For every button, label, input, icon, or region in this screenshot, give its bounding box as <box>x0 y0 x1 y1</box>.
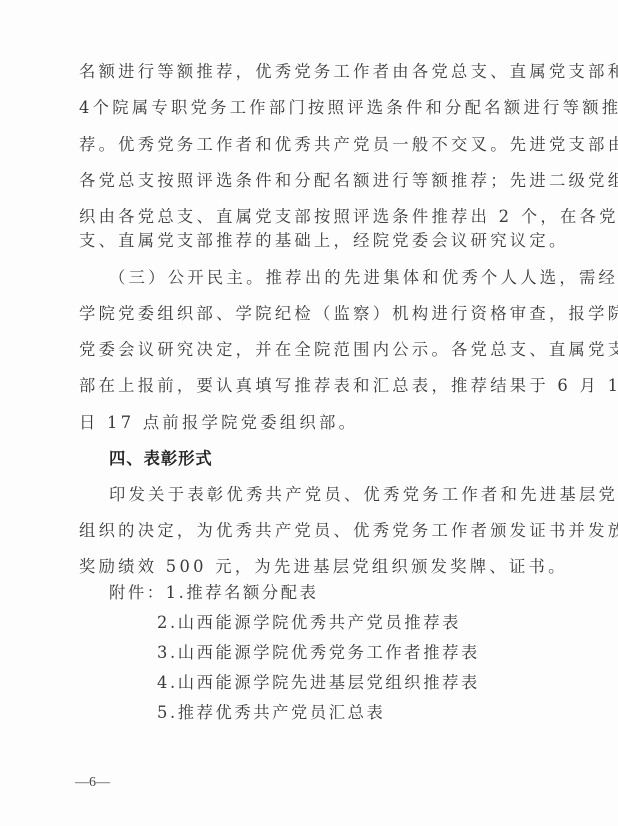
paragraph-line: 学院党委组织部、学院纪检（监察）机构进行资格审查，报学院 <box>79 304 549 324</box>
paragraph-line: 组织的决定，为优秀共产党员、优秀党务工作者颁发证书并发放 <box>79 521 549 541</box>
paragraph-line: 4个院属专职党务工作部门按照评选条件和分配名额进行等额推 <box>79 98 549 118</box>
document-page: 名额进行等额推荐，优秀党务工作者由各党总支、直属党支部和 4个院属专职党务工作部… <box>0 0 618 826</box>
paragraph-line: 部在上报前，要认真填写推荐表和汇总表，推荐结果于 6 月 17 <box>79 376 549 396</box>
paragraph-line: 支、直属党支部推荐的基础上，经院党委会议研究议定。 <box>79 231 549 251</box>
paragraph-line: 日 17 点前报学院党委组织部。 <box>79 413 549 433</box>
paragraph-line: 名额进行等额推荐，优秀党务工作者由各党总支、直属党支部和 <box>79 62 549 82</box>
attachment-item: 5.推荐优秀共产党员汇总表 <box>157 703 618 723</box>
attachment-item: 3.山西能源学院优秀党务工作者推荐表 <box>157 643 618 663</box>
page-number: —6— <box>75 775 110 791</box>
attachment-item: 2.山西能源学院优秀共产党员推荐表 <box>157 613 618 633</box>
paragraph-line: 织由各党总支、直属党支部按照评选条件推荐出 2 个，在各党总 <box>79 207 549 227</box>
paragraph-line: 荐。优秀党务工作者和优秀共产党员一般不交叉。先进党支部由 <box>79 135 549 155</box>
paragraph-line: 党委会议研究决定，并在全院范围内公示。各党总支、直属党支 <box>79 340 549 360</box>
paragraph-line: （三）公开民主。推荐出的先进集体和优秀个人人选，需经 <box>109 268 579 288</box>
attachment-item: 1.推荐名额分配表 <box>166 583 319 602</box>
paragraph-line: 各党总支按照评选条件和分配名额进行等额推荐；先进二级党组 <box>79 171 549 191</box>
paragraph-line: 奖励绩效 500 元，为先进基层党组织颁发奖牌、证书。 <box>79 557 549 577</box>
attachment-item: 4.山西能源学院先进基层党组织推荐表 <box>157 673 618 693</box>
section-heading: 四、表彰形式 <box>109 449 579 469</box>
paragraph-line: 印发关于表彰优秀共产党员、优秀党务工作者和先进基层党 <box>109 485 579 505</box>
attachments-label: 附件：1.推荐名额分配表 <box>109 583 579 603</box>
